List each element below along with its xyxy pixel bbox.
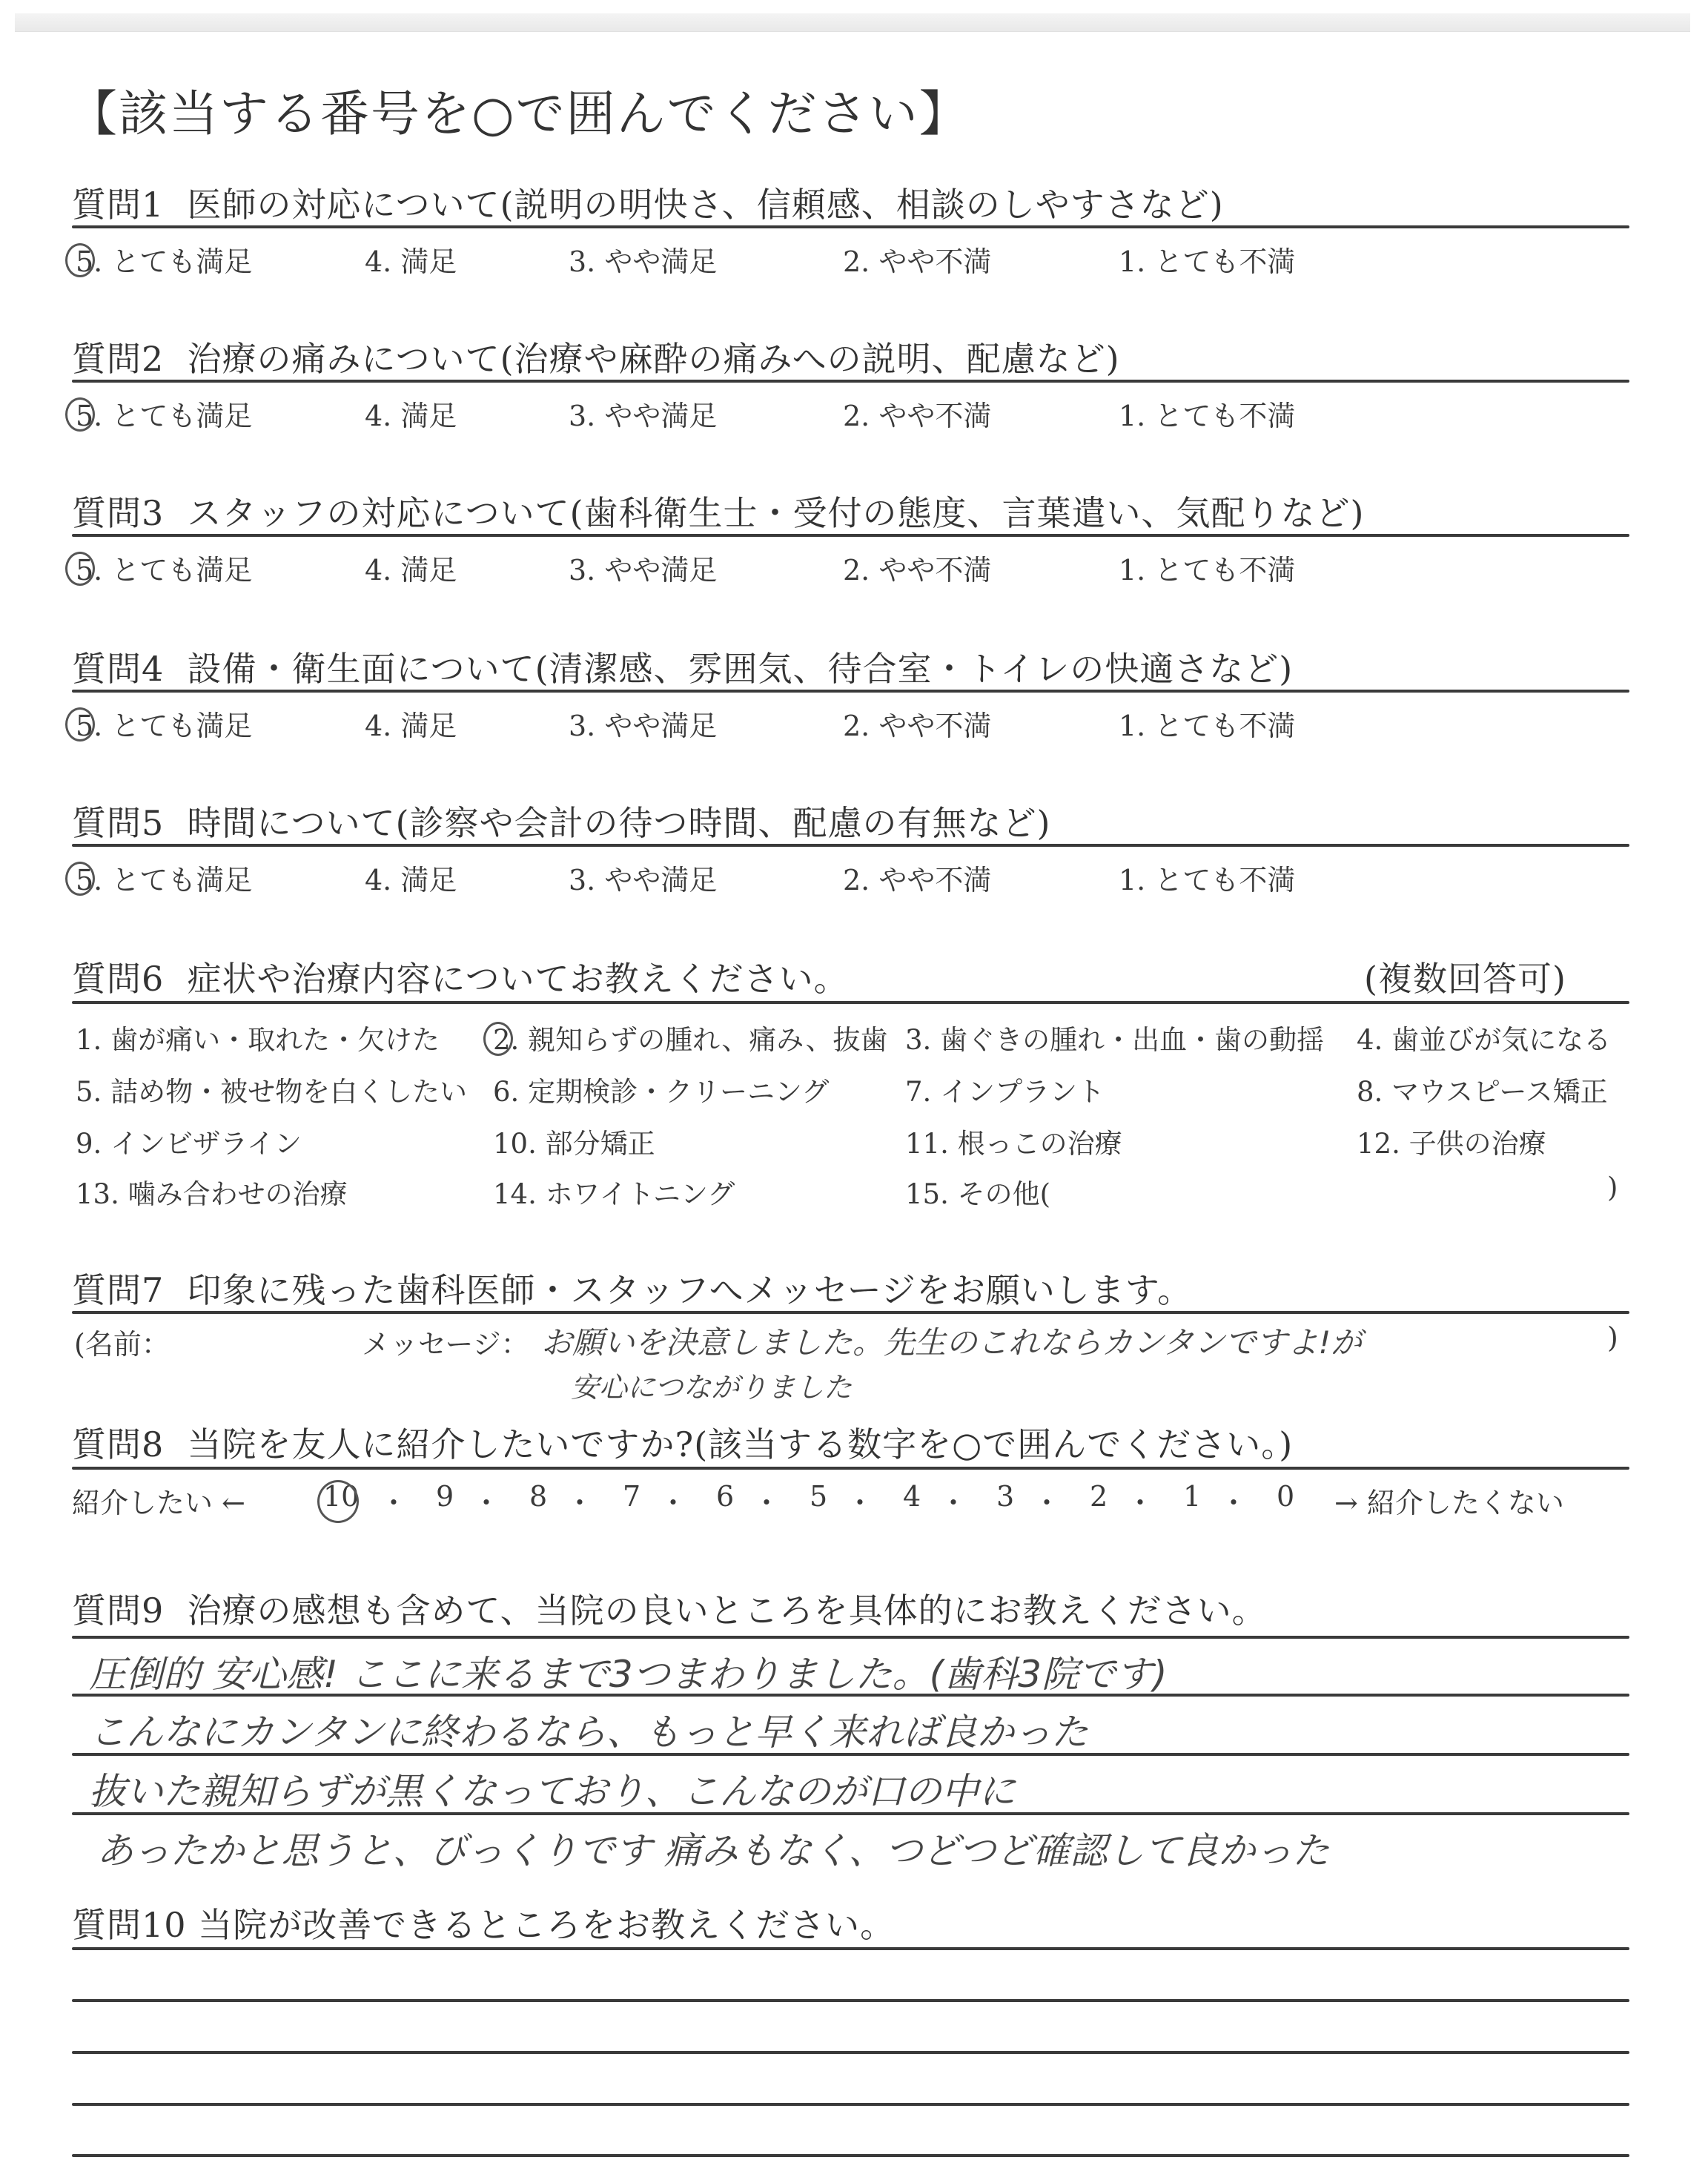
q3-option-4[interactable]: 4. 満足 xyxy=(365,547,457,588)
q6-item-9[interactable]: 9. インビザライン xyxy=(76,1121,302,1161)
q8-dot: ・ xyxy=(1033,1480,1061,1521)
q7-close-paren: ) xyxy=(1607,1321,1618,1354)
q6-item-15[interactable]: 15. その他( xyxy=(905,1172,1050,1212)
q2-rule xyxy=(72,380,1629,383)
q2-label: 質問2 xyxy=(72,339,164,379)
q8-text: 当院を友人に紹介したいですか?(該当する数字を○で囲んでください。) xyxy=(188,1424,1294,1464)
q8-dot: ・ xyxy=(752,1480,781,1521)
q10-rule-1[interactable] xyxy=(72,1947,1629,1950)
q6-rule xyxy=(72,1001,1629,1004)
q9-rule-1 xyxy=(72,1694,1629,1697)
q9-text: 治療の感想も含めて、当院の良いところを具体的にお教えください。 xyxy=(188,1591,1267,1631)
q1-option-4[interactable]: 4. 満足 xyxy=(365,239,457,280)
q6-item-1[interactable]: 1. 歯が痛い・取れた・欠けた xyxy=(76,1017,440,1057)
q5-label: 質問5 xyxy=(72,803,164,843)
q6-text: 症状や治療内容についてお教えください。 xyxy=(188,959,849,999)
q4-option-5[interactable]: 5. とても満足 xyxy=(76,703,252,744)
q6-item-13[interactable]: 13. 噛み合わせの治療 xyxy=(76,1172,348,1212)
q8-score-3[interactable]: 3 xyxy=(996,1480,1014,1513)
q2-option-4[interactable]: 4. 満足 xyxy=(365,393,457,434)
q6-heading: 質問6 症状や治療内容についてお教えください。 xyxy=(72,952,849,1001)
q9-label: 質問9 xyxy=(72,1591,164,1631)
q4-option-1[interactable]: 1. とても不満 xyxy=(1119,703,1295,744)
q4-heading: 質問4 設備・衛生面について(清潔感、雰囲気、待合室・トイレの快適さなど) xyxy=(72,642,1293,691)
q5-option-2[interactable]: 2. やや不満 xyxy=(843,857,991,898)
q3-option-2[interactable]: 2. やや不満 xyxy=(843,547,991,588)
q6-item-5[interactable]: 5. 詰め物・被せ物を白くしたい xyxy=(76,1069,467,1109)
q8-score-4[interactable]: 4 xyxy=(903,1480,921,1513)
q3-selected-circle xyxy=(65,552,95,586)
q7-rule xyxy=(72,1311,1629,1314)
q5-text: 時間について(診察や会計の待つ時間、配慮の有無など) xyxy=(188,803,1051,843)
q8-selected-circle xyxy=(317,1480,359,1523)
q10-rule-2[interactable] xyxy=(72,1999,1629,2002)
q10-heading: 質問10 当院が改善できるところをお教えください。 xyxy=(72,1898,895,1947)
q8-dot: ・ xyxy=(1126,1480,1154,1521)
q2-option-2[interactable]: 2. やや不満 xyxy=(843,393,991,434)
q7-name-label: (名前： xyxy=(74,1321,170,1362)
q7-text: 印象に残った歯科医師・スタッフへメッセージをお願いします。 xyxy=(188,1270,1193,1310)
q6-item-6[interactable]: 6. 定期検診・クリーニング xyxy=(493,1069,829,1109)
q4-text: 設備・衛生面について(清潔感、雰囲気、待合室・トイレの快適さなど) xyxy=(188,649,1294,689)
q1-rule xyxy=(72,225,1629,228)
q5-selected-circle xyxy=(65,862,95,896)
q9-answer-line-2[interactable]: こんなにカンタンに終わるなら、もっと早く来れば良かった xyxy=(89,1702,1088,1756)
q4-rule xyxy=(72,690,1629,693)
q9-rule-0 xyxy=(72,1636,1629,1639)
q10-rule-5[interactable] xyxy=(72,2154,1629,2157)
q4-selected-circle xyxy=(65,707,95,742)
q8-left-label: 紹介したい ← xyxy=(72,1480,245,1521)
q8-score-9[interactable]: 9 xyxy=(436,1480,454,1513)
q6-label: 質問6 xyxy=(72,959,164,999)
q8-dot: ・ xyxy=(939,1480,967,1521)
q8-score-5[interactable]: 5 xyxy=(810,1480,827,1513)
q6-multiple-note: (複数回答可) xyxy=(1364,952,1566,1001)
q8-dot: ・ xyxy=(472,1480,500,1521)
q1-option-3[interactable]: 3. やや満足 xyxy=(569,239,717,280)
q3-label: 質問3 xyxy=(72,493,164,533)
q5-option-3[interactable]: 3. やや満足 xyxy=(569,857,717,898)
q6-item-12[interactable]: 12. 子供の治療 xyxy=(1357,1121,1546,1161)
q6-other-close-paren: ) xyxy=(1607,1172,1618,1203)
q8-score-6[interactable]: 6 xyxy=(716,1480,734,1513)
q7-label: 質問7 xyxy=(72,1270,164,1310)
q5-heading: 質問5 時間について(診察や会計の待つ時間、配慮の有無など) xyxy=(72,796,1051,845)
q5-rule xyxy=(72,844,1629,847)
q9-rule-3 xyxy=(72,1812,1629,1815)
q3-option-1[interactable]: 1. とても不満 xyxy=(1119,547,1295,588)
q10-rule-4[interactable] xyxy=(72,2103,1629,2106)
q3-text: スタッフの対応について(歯科衛生士・受付の態度、言葉遣い、気配りなど) xyxy=(188,493,1365,533)
q3-heading: 質問3 スタッフの対応について(歯科衛生士・受付の態度、言葉遣い、気配りなど) xyxy=(72,486,1365,535)
q4-option-3[interactable]: 3. やや満足 xyxy=(569,703,717,744)
q8-dot: ・ xyxy=(846,1480,874,1521)
q5-option-4[interactable]: 4. 満足 xyxy=(365,857,457,898)
q8-dot: ・ xyxy=(659,1480,687,1521)
q1-selected-circle xyxy=(65,243,95,277)
q6-item-10[interactable]: 10. 部分矯正 xyxy=(493,1121,655,1161)
q1-text: 医師の対応について(説明の明快さ、信頼感、相談のしやすさなど) xyxy=(188,185,1224,225)
q8-dot: ・ xyxy=(1219,1480,1248,1521)
q9-heading: 質問9 治療の感想も含めて、当院の良いところを具体的にお教えください。 xyxy=(72,1584,1267,1633)
q6-selected-circle xyxy=(483,1022,513,1056)
q7-heading: 質問7 印象に残った歯科医師・スタッフへメッセージをお願いします。 xyxy=(72,1264,1192,1312)
q6-item-2[interactable]: 2. 親知らずの腫れ、痛み、抜歯 xyxy=(493,1017,888,1057)
scan-top-edge xyxy=(15,13,1690,32)
q4-option-4[interactable]: 4. 満足 xyxy=(365,703,457,744)
form-title: 【該当する番号を○で囲んでください】 xyxy=(68,74,970,145)
q2-heading: 質問2 治療の痛みについて(治療や麻酔の痛みへの説明、配慮など) xyxy=(72,332,1120,381)
q2-text: 治療の痛みについて(治療や麻酔の痛みへの説明、配慮など) xyxy=(188,339,1120,379)
q1-heading: 質問1 医師の対応について(説明の明快さ、信頼感、相談のしやすさなど) xyxy=(72,178,1224,227)
q2-option-3[interactable]: 3. やや満足 xyxy=(569,393,717,434)
q6-item-4[interactable]: 4. 歯並びが気になる xyxy=(1357,1017,1611,1057)
q4-label: 質問4 xyxy=(72,649,164,689)
q6-item-8[interactable]: 8. マウスピース矯正 xyxy=(1357,1069,1608,1109)
q7-message-label: メッセージ： xyxy=(362,1321,529,1362)
q8-right-label: → 紹介したくない xyxy=(1334,1480,1564,1521)
q8-score-7[interactable]: 7 xyxy=(623,1480,640,1513)
q8-score-0[interactable]: 0 xyxy=(1277,1480,1294,1513)
q2-selected-circle xyxy=(65,397,95,432)
q10-rule-3[interactable] xyxy=(72,2051,1629,2054)
q9-rule-2 xyxy=(72,1753,1629,1756)
q9-answer-line-4[interactable]: あったかと思うと、びっくりです 痛みもなく、つどつど確認して良かった xyxy=(96,1821,1329,1875)
q2-option-5[interactable]: 5. とても満足 xyxy=(76,393,252,434)
q1-option-5[interactable]: 5. とても満足 xyxy=(76,239,252,280)
q1-option-2[interactable]: 2. やや不満 xyxy=(843,239,991,280)
q8-score-8[interactable]: 8 xyxy=(529,1480,547,1513)
q8-dot: ・ xyxy=(566,1480,594,1521)
q1-option-1[interactable]: 1. とても不満 xyxy=(1119,239,1295,280)
q4-option-2[interactable]: 2. やや不満 xyxy=(843,703,991,744)
q8-rule xyxy=(72,1467,1629,1470)
q9-answer-line-3[interactable]: 抜いた親知らずが黒くなっており、こんなのが口の中に xyxy=(89,1762,1016,1815)
q8-label: 質問8 xyxy=(72,1424,164,1464)
q2-option-1[interactable]: 1. とても不満 xyxy=(1119,393,1295,434)
q8-heading: 質問8 当院を友人に紹介したいですか?(該当する数字を○で囲んでください。) xyxy=(72,1418,1293,1467)
q8-dot: ・ xyxy=(380,1480,408,1521)
q8-score-2[interactable]: 2 xyxy=(1090,1480,1108,1513)
q6-item-7[interactable]: 7. インプラント xyxy=(905,1069,1105,1109)
q6-item-14[interactable]: 14. ホワイトニング xyxy=(493,1172,735,1212)
q9-answer-line-1[interactable]: 圧倒的 安心感! ここに来るまで3つまわりました。(歯科3院です) xyxy=(89,1645,1167,1698)
q1-label: 質問1 xyxy=(72,185,164,225)
q3-option-3[interactable]: 3. やや満足 xyxy=(569,547,717,588)
q7-message-line2[interactable]: 安心につながりました xyxy=(571,1364,852,1405)
q3-rule xyxy=(72,534,1629,537)
q6-item-3[interactable]: 3. 歯ぐきの腫れ・出血・歯の動揺 xyxy=(905,1017,1324,1057)
q7-message-line1[interactable]: お願いを決意しました。先生のこれならカンタンですよ!が xyxy=(541,1318,1362,1363)
q10-text: 当院が改善できるところをお教えください。 xyxy=(198,1905,895,1945)
q5-option-5[interactable]: 5. とても満足 xyxy=(76,857,252,898)
q10-label: 質問10 xyxy=(72,1905,187,1945)
q5-option-1[interactable]: 1. とても不満 xyxy=(1119,857,1295,898)
q3-option-5[interactable]: 5. とても満足 xyxy=(76,547,252,588)
q8-score-1[interactable]: 1 xyxy=(1183,1480,1201,1513)
q6-item-11[interactable]: 11. 根っこの治療 xyxy=(905,1121,1122,1161)
